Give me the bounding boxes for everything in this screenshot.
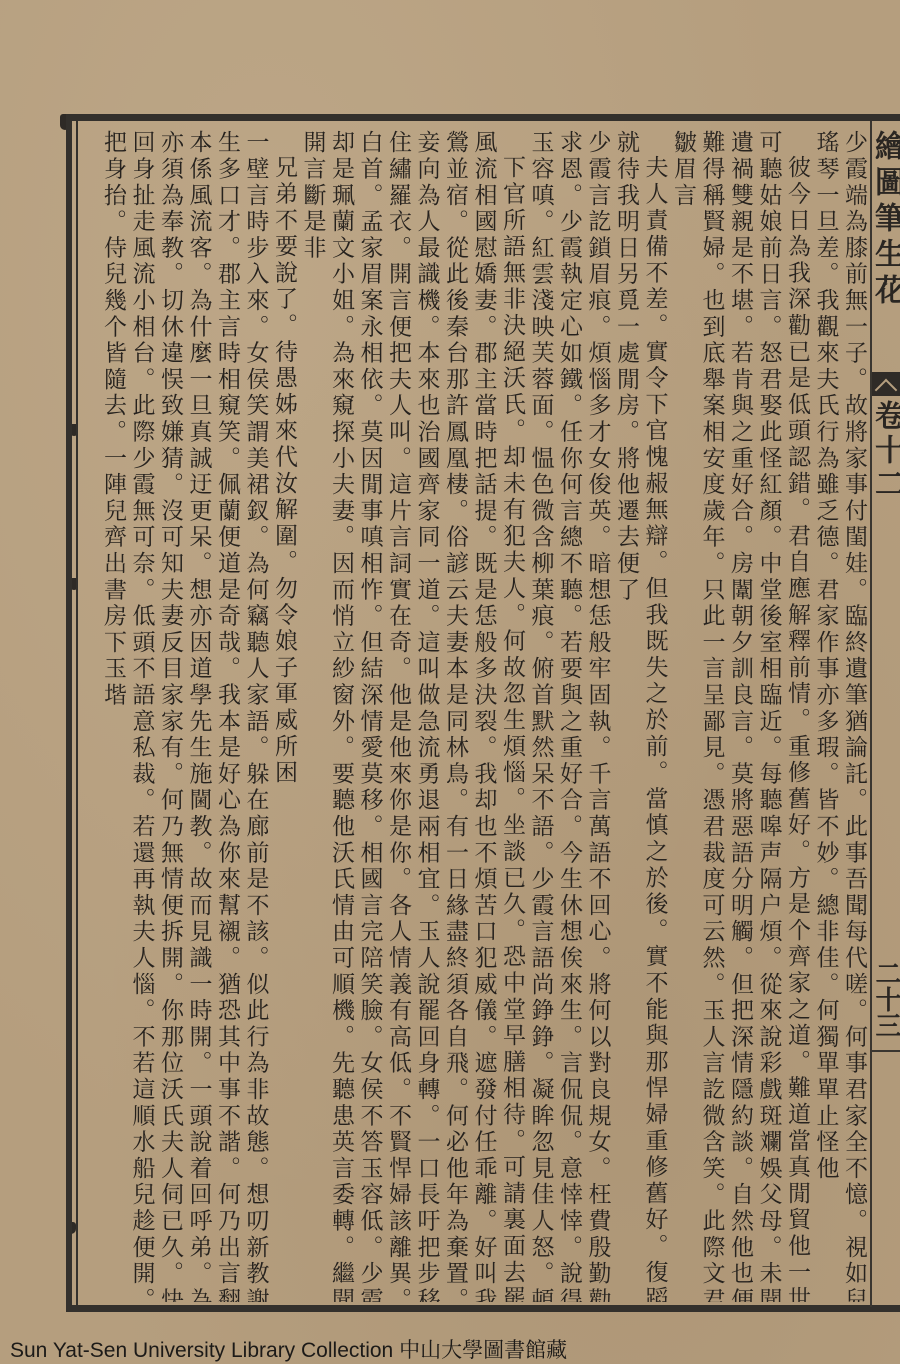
text-column: 下官所語無非決絕沃氏。却未有犯夫人。何故忽生煩惱。坐談已久。恐中堂早膳相待。可請… [498, 130, 527, 1302]
text-column: 鶯並宿。從此後秦台那許鳳凰棲。俗諺云夫妻本是同林鳥。有一日緣盡終須各自飛。何必他… [441, 130, 470, 1302]
text-column: 可聽姑娘前日言。怒君娶此怪紅顏。中堂後室相臨近。每聽嗥声隔户煩。從來說彩戲斑斕娛… [754, 130, 783, 1302]
text-column: 兄弟不要說了。待愚姊來代汝解圍。勿令娘子軍威所困 [270, 130, 299, 1302]
text-column: 少霞言訖鎖眉痕。煩惱多才女俊英。暗想恁般牢固執。千言萬語不回心。將何以對良規女。… [583, 130, 612, 1302]
text-column: 生多口才。郡主言時相窺笑。佩蘭便道是奇哉。我本是好心為你來幫襯。猶恐其中事不諧。… [213, 130, 242, 1302]
text-column: 回身扯走風流小相台。此際少霞無可奈。低頭不語意私裁。若還再執夫人惱。不若這順水船… [127, 130, 156, 1302]
fish-tail-marker [872, 372, 900, 396]
text-column: 白首。孟家眉案永相依。莫因閒事嗔相怍。但結深情愛莫移。相國言完陪笑臉。女侯不答玉… [355, 130, 384, 1302]
text-column: 少霞端為膝前無一子。故將家事付閨娃。臨終遺筆猶論託。此事吾聞每代嗟。何事君家全不… [840, 130, 869, 1302]
spine-divider [872, 1050, 900, 1052]
text-column: 把身抬。侍兒幾个皆隨去。一陣兒齊出書房下玉堦 [99, 130, 128, 1302]
text-column: 皺眉言 [669, 130, 698, 1302]
text-column: 開言斷是非 [298, 130, 327, 1302]
text-column: 却是珮蘭文小姐。為來窺探小夫妻。因而悄立紗窗外。要聽他沃氏情由可順機。先聽患英言… [327, 130, 356, 1302]
book-title: 繪圖筆生花 [872, 130, 900, 310]
text-column: 難得稱賢婦。也到底舉案相安度歲年。只此一言呈鄙見。憑君裁度可云然。玉人言訖微含笑… [697, 130, 726, 1302]
text-column: 妾向為人最識機。本來也治國齊家同一道。這叫做急流勇退兩相宜。玉人說罷回身轉。一口… [412, 130, 441, 1302]
text-column: 遺禍雙親是不堪。若肯與之重好合。房闈朝夕訓良言。莫將惡語分明觸。但把深情隱約談。… [726, 130, 755, 1302]
scanned-book-page: 繪圖筆生花 卷十二 二十三 少霞端為膝前無一子。故將家事付閨娃。臨終遺筆猶論託。… [0, 0, 900, 1364]
text-column: 求恩。少霞執定心如鐵。任你何言總不聽。若要與之重好合。今生休想俟來生。言侃侃。意… [555, 130, 584, 1302]
text-column: 彼今日為我深勸已是低頭認錯。君自應解釋前情。重修舊好。方是个齊家之道。難道當真閒… [783, 130, 812, 1302]
text-column: 亦須為奉教。切休違悮致嫌猜。沒可知夫妻反目家家有。何乃無情便拆開。你那位沃氏夫人… [156, 130, 185, 1302]
text-column: 玉容嗔。紅雲淺映芙蓉面。愠色微含柳葉痕。俯首默然呆不語。少霞言語尚錚錚。凝眸忽見… [526, 130, 555, 1302]
text-column: 本係風流客。為什麼一旦真誠迂更呆。想亦因道學先生施閫教。故而見識一時開。一頭說着… [184, 130, 213, 1302]
page-number: 二十三 [872, 960, 900, 1038]
volume-label: 卷十二 [872, 400, 900, 502]
page-frame-inner-line [76, 120, 78, 1307]
text-column: 瑤琴一旦差。我觀來夫氏行為雖乏德。君家作事亦多瑕。皆不妙。總非佳。何獨單單止怪他 [811, 130, 840, 1302]
text-column: 一壁言時步入來。女侯笑謂美裙釵。為何竊聽人家語。躲在廊前是不該。似此行為非故態。… [241, 130, 270, 1302]
vertical-text-body: 少霞端為膝前無一子。故將家事付閨娃。臨終遺筆猶論託。此事吾聞每代嗟。何事君家全不… [84, 130, 868, 1302]
text-column: 就待我明日另覓一處閒房。將他遷去便了 [612, 130, 641, 1302]
collection-credit: Sun Yat-Sen University Library Collectio… [10, 1334, 567, 1364]
text-column: 夫人責備不差。實令下官愧赧無辯。但我既失之於前。當慎之於後。實不能與那悍婦重修舊… [640, 130, 669, 1302]
text-column: 風流相國慰嬌妻。郡主當時把話提。既是恁般多決裂。我却也不煩苦口犯威儀。遮發付任乖… [469, 130, 498, 1302]
text-column: 住繡羅衣。開言便把夫人叫。這片言詞實在奇。他是他來你是你。各人情義有高低。不賢悍… [384, 130, 413, 1302]
